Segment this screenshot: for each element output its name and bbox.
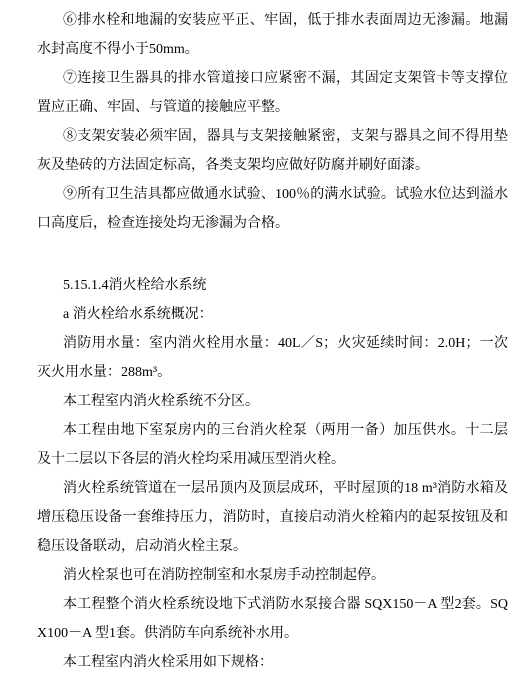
paragraph-overview-label: a 消火栓给水系统概况： (37, 300, 508, 329)
paragraph-no-zoning: 本工程室内消火栓系统不分区。 (37, 387, 508, 416)
paragraph-manual-control: 消火栓泵也可在消防控制室和水泵房手动控制起停。 (37, 561, 508, 590)
paragraph-pump-supply: 本工程由地下室泵房内的三台消火栓泵（两用一备）加压供水。十二层及十二层以下各层的… (37, 416, 508, 474)
list-item-8: ⑧支架安装必须牢固，器具与支架接触紧密，支架与器具之间不得用垫灰及垫砖的方法固定… (37, 122, 508, 180)
section-heading: 5.15.1.4消火栓给水系统 (37, 271, 508, 300)
section-gap (37, 238, 508, 271)
list-item-9: ⑨所有卫生洁具都应做通水试验、100％的满水试验。试验水位达到溢水口高度后，检查… (37, 180, 508, 238)
paragraph-pipe-loop: 消火栓系统管道在一层吊顶内及顶层成环，平时屋顶的18 m³消防水箱及增压稳压设备… (37, 474, 508, 561)
document-page: ⑥排水栓和地漏的安装应平正、牢固，低于排水表面周边无渗漏。地漏水封高度不得小于5… (0, 0, 520, 692)
paragraph-water-usage: 消防用水量：室内消火栓用水量：40L／S；火灾延续时间：2.0H；一次灭火用水量… (37, 329, 508, 387)
paragraph-pump-adapter: 本工程整个消火栓系统设地下式消防水泵接合器 SQX150－A 型2套。SQX10… (37, 590, 508, 648)
list-item-7: ⑦连接卫生器具的排水管道接口应紧密不漏，其固定支架管卡等支撑位置应正确、牢固、与… (37, 64, 508, 122)
paragraph-spec-intro: 本工程室内消火栓采用如下规格： (37, 648, 508, 677)
list-item-6: ⑥排水栓和地漏的安装应平正、牢固，低于排水表面周边无渗漏。地漏水封高度不得小于5… (37, 6, 508, 64)
